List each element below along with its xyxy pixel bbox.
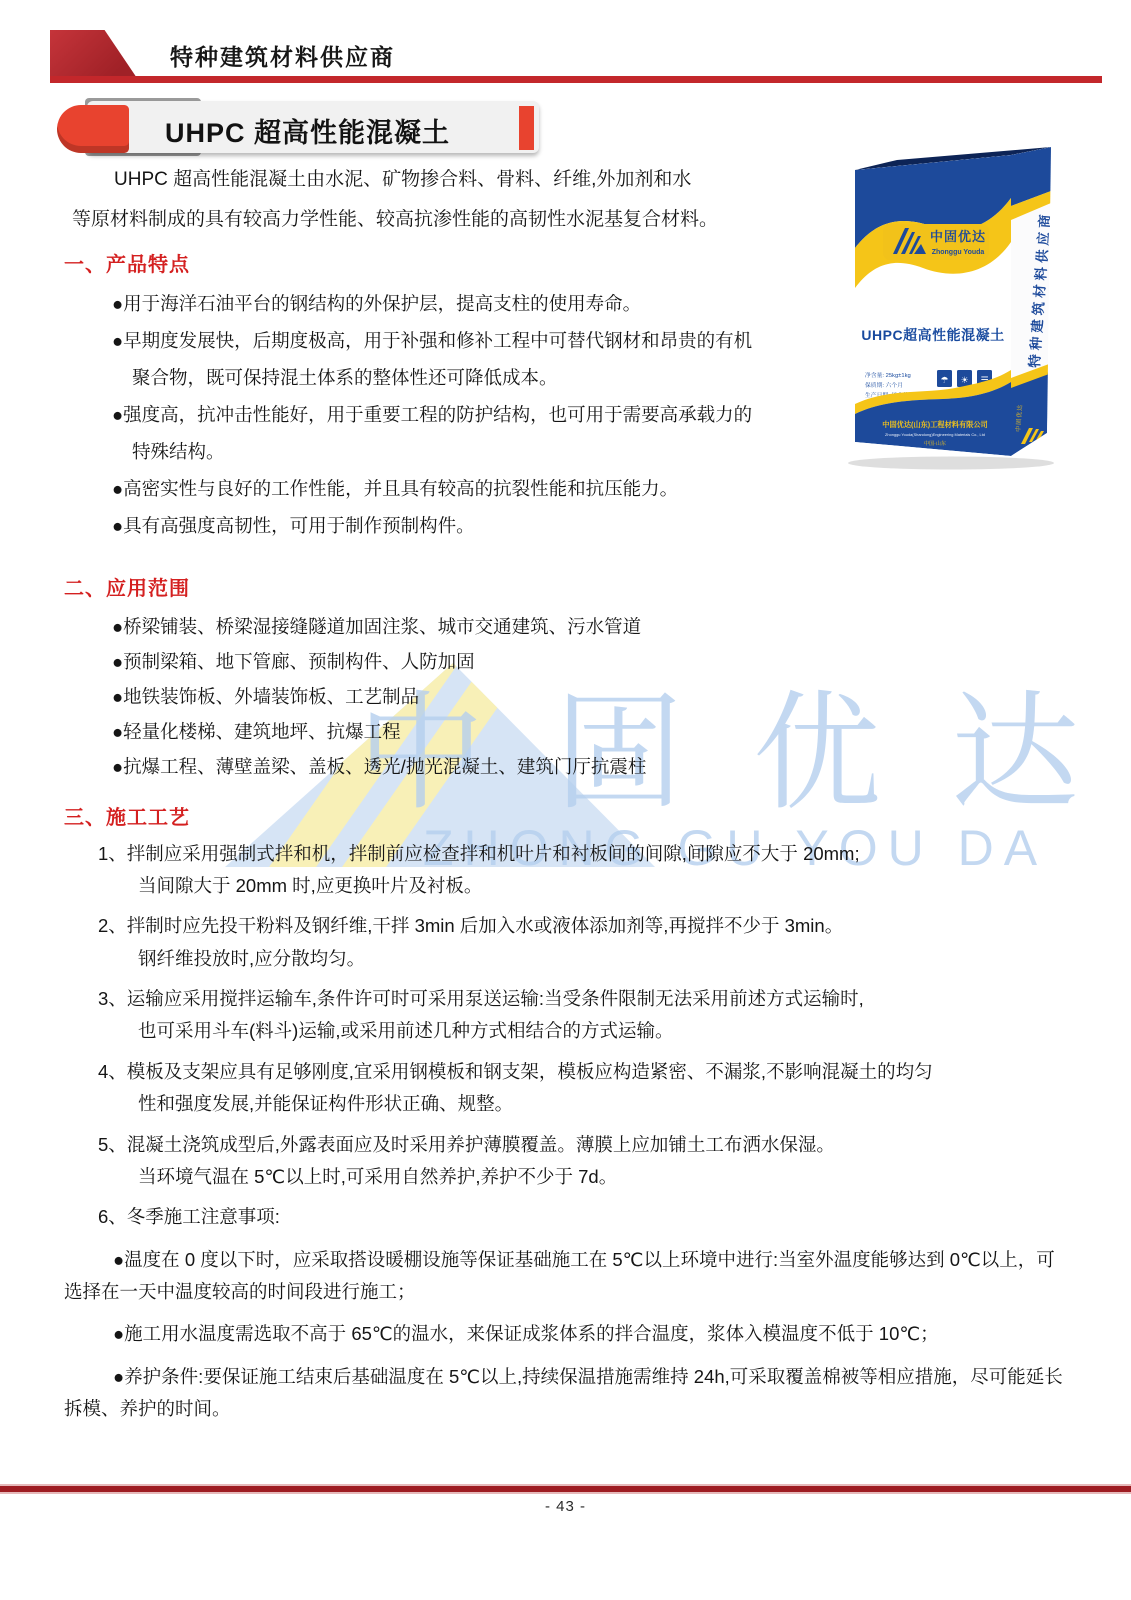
step-line: 也可采用斗车(料斗)运输,或采用前述几种方式相结合的方式运输。 xyxy=(138,1020,673,1041)
page-header: 特种建筑材料供应商 xyxy=(50,30,1102,84)
step-line: 当环境气温在 5℃以上时,可采用自然养护,养护不少于 7d。 xyxy=(138,1166,617,1187)
rain-protection-icon: ☂ xyxy=(937,370,952,387)
application-item: ●轻量化楼梯、建筑地坪、抗爆工程 xyxy=(64,714,1070,749)
step-line: 钢纤维投放时,应分散均匀。 xyxy=(138,948,365,969)
section-heading-process: 三、施工工艺 xyxy=(64,801,1070,830)
footer-rule xyxy=(0,1484,1131,1494)
sun-protection-icon: ☀ xyxy=(957,370,972,387)
process-step: 5、混凝土浇筑成型后,外露表面应及时采用养护薄膜覆盖。薄膜上应加铺土工布洒水保湿… xyxy=(64,1129,1070,1194)
package-spec-shelf: 保质期: 六个月 xyxy=(865,381,903,389)
svg-text:☀: ☀ xyxy=(960,375,968,385)
process-step: 3、运输应采用搅拌运输车,条件许可时可采用泵送运输:当受条件限制无法采用前述方式… xyxy=(64,983,1070,1048)
application-item: ●地铁装饰板、外墙装饰板、工艺制品 xyxy=(64,679,1070,714)
feature-item: ●具有高强度高韧性，可用于制作预制构件。 xyxy=(64,507,764,544)
winter-notes-list: ●温度在 0 度以下时，应采取搭设暖棚设施等保证基础施工在 5℃以上环境中进行:… xyxy=(64,1244,1070,1426)
process-step: 1、拌制应采用强制式拌和机，拌制前应检查拌和机叶片和衬板间的间隙,间隙应不大于 … xyxy=(64,838,1070,903)
feature-item: ●用于海洋石油平台的钢结构的外保护层，提高支柱的使用寿命。 xyxy=(64,285,764,322)
application-item: ●抗爆工程、薄壁盖梁、盖板、透光/抛光混凝土、建筑门厅抗震柱 xyxy=(64,749,1070,784)
step-line: 5、混凝土浇筑成型后,外露表面应及时采用养护薄膜覆盖。薄膜上应加铺土工布洒水保湿… xyxy=(98,1134,835,1155)
product-package-image: 特种建筑材料供应商 中固优达 中固优达 Zhonggu Youda UHPC超高… xyxy=(843,136,1073,471)
features-list: ●用于海洋石油平台的钢结构的外保护层，提高支柱的使用寿命。 ●早期度发展快，后期… xyxy=(64,285,764,544)
package-spec-net: 净含量: 25kg±1kg xyxy=(865,371,911,379)
package-product-name: UHPC超高性能混凝土 xyxy=(861,327,1004,343)
title-banner-red-endbar xyxy=(519,106,534,150)
package-shadow xyxy=(848,457,1054,470)
section-heading-applications: 二、应用范围 xyxy=(64,572,1070,601)
application-item: ●预制梁箱、地下管廊、预制构件、人防加固 xyxy=(64,644,1070,679)
feature-item: ●高密实性与良好的工作性能，并且具有较高的抗裂性能和抗压能力。 xyxy=(64,470,764,507)
process-step: 6、冬季施工注意事项: xyxy=(64,1201,1070,1233)
application-item: ●桥梁铺装、桥梁湿接缝隧道加固注浆、城市交通建筑、污水管道 xyxy=(64,609,1070,644)
winter-note: ●温度在 0 度以下时，应采取搭设暖棚设施等保证基础施工在 5℃以上环境中进行:… xyxy=(64,1244,1070,1309)
title-banner-red-pill xyxy=(57,105,129,153)
step-line: 1、拌制应采用强制式拌和机，拌制前应检查拌和机叶片和衬板间的间隙,间隙应不大于 … xyxy=(98,843,860,864)
header-red-ribbon xyxy=(50,30,138,77)
svg-text:☂: ☂ xyxy=(940,375,948,385)
step-line: 6、冬季施工注意事项: xyxy=(98,1206,280,1227)
package-side-face: 特种建筑材料供应商 中固优达 xyxy=(1011,147,1053,456)
header-rule xyxy=(50,76,1102,83)
winter-note: ●养护条件:要保证施工结束后基础温度在 5℃以上,持续保温措施需维持 24h,可… xyxy=(64,1361,1070,1426)
feature-item: ●强度高，抗冲击性能好，用于重要工程的防护结构，也可用于需要高承载力的特殊结构。 xyxy=(64,396,764,470)
process-step: 4、模板及支架应具有足够刚度,宜采用钢模板和钢支架，模板应构造紧密、不漏浆,不影… xyxy=(64,1056,1070,1121)
process-steps-list: 1、拌制应采用强制式拌和机，拌制前应检查拌和机叶片和衬板间的间隙,间隙应不大于 … xyxy=(64,838,1070,1234)
brand-tagline: 特种建筑材料供应商 xyxy=(170,39,395,72)
package-company-cn: 中固优达(山东)工程材料有限公司 xyxy=(882,420,987,429)
process-step: 2、拌制时应先投干粉料及钢纤维,干拌 3min 后加入水或液体添加剂等,再搅拌不… xyxy=(64,910,1070,975)
step-line: 当间隙大于 20mm 时,应更换叶片及衬板。 xyxy=(138,875,482,896)
page-number: - 43 - xyxy=(0,1498,1131,1515)
feature-item: ●早期度发展快，后期度极高，用于补强和修补工程中可替代钢材和昂贵的有机聚合物，既… xyxy=(64,322,764,396)
step-line: 2、拌制时应先投干粉料及钢纤维,干拌 3min 后加入水或液体添加剂等,再搅拌不… xyxy=(98,915,843,936)
package-brand-cn: 中固优达 xyxy=(930,229,986,244)
step-line: 性和强度发展,并能保证构件形状正确、规整。 xyxy=(138,1093,513,1114)
winter-note: ●施工用水温度需选取不高于 65℃的温水，来保证成浆体系的拌合温度，浆体入模温度… xyxy=(64,1318,1070,1350)
page-title: UHPC 超高性能混凝土 xyxy=(165,111,450,150)
step-line: 3、运输应采用搅拌运输车,条件许可时可采用泵送运输:当受条件限制无法采用前述方式… xyxy=(98,988,864,1009)
applications-list: ●桥梁铺装、桥梁湿接缝隧道加固注浆、城市交通建筑、污水管道 ●预制梁箱、地下管廊… xyxy=(64,609,1070,785)
package-origin: 中国·山东 xyxy=(924,440,946,447)
package-brand-en: Zhonggu Youda xyxy=(932,249,985,256)
package-front-face: 中固优达 Zhonggu Youda UHPC超高性能混凝土 净含量: 25kg… xyxy=(855,155,1011,456)
step-line: 4、模板及支架应具有足够刚度,宜采用钢模板和钢支架，模板应构造紧密、不漏浆,不影… xyxy=(98,1061,933,1082)
document-page: 中固优达 ZHONG GU YOU DA 特种建筑材料供应商 UHPC 超高性能… xyxy=(0,0,1131,1600)
package-company-en: Zhonggu Youda(Shandong)Engineering Mater… xyxy=(885,432,985,437)
title-banner: UHPC 超高性能混凝土 xyxy=(57,100,539,156)
